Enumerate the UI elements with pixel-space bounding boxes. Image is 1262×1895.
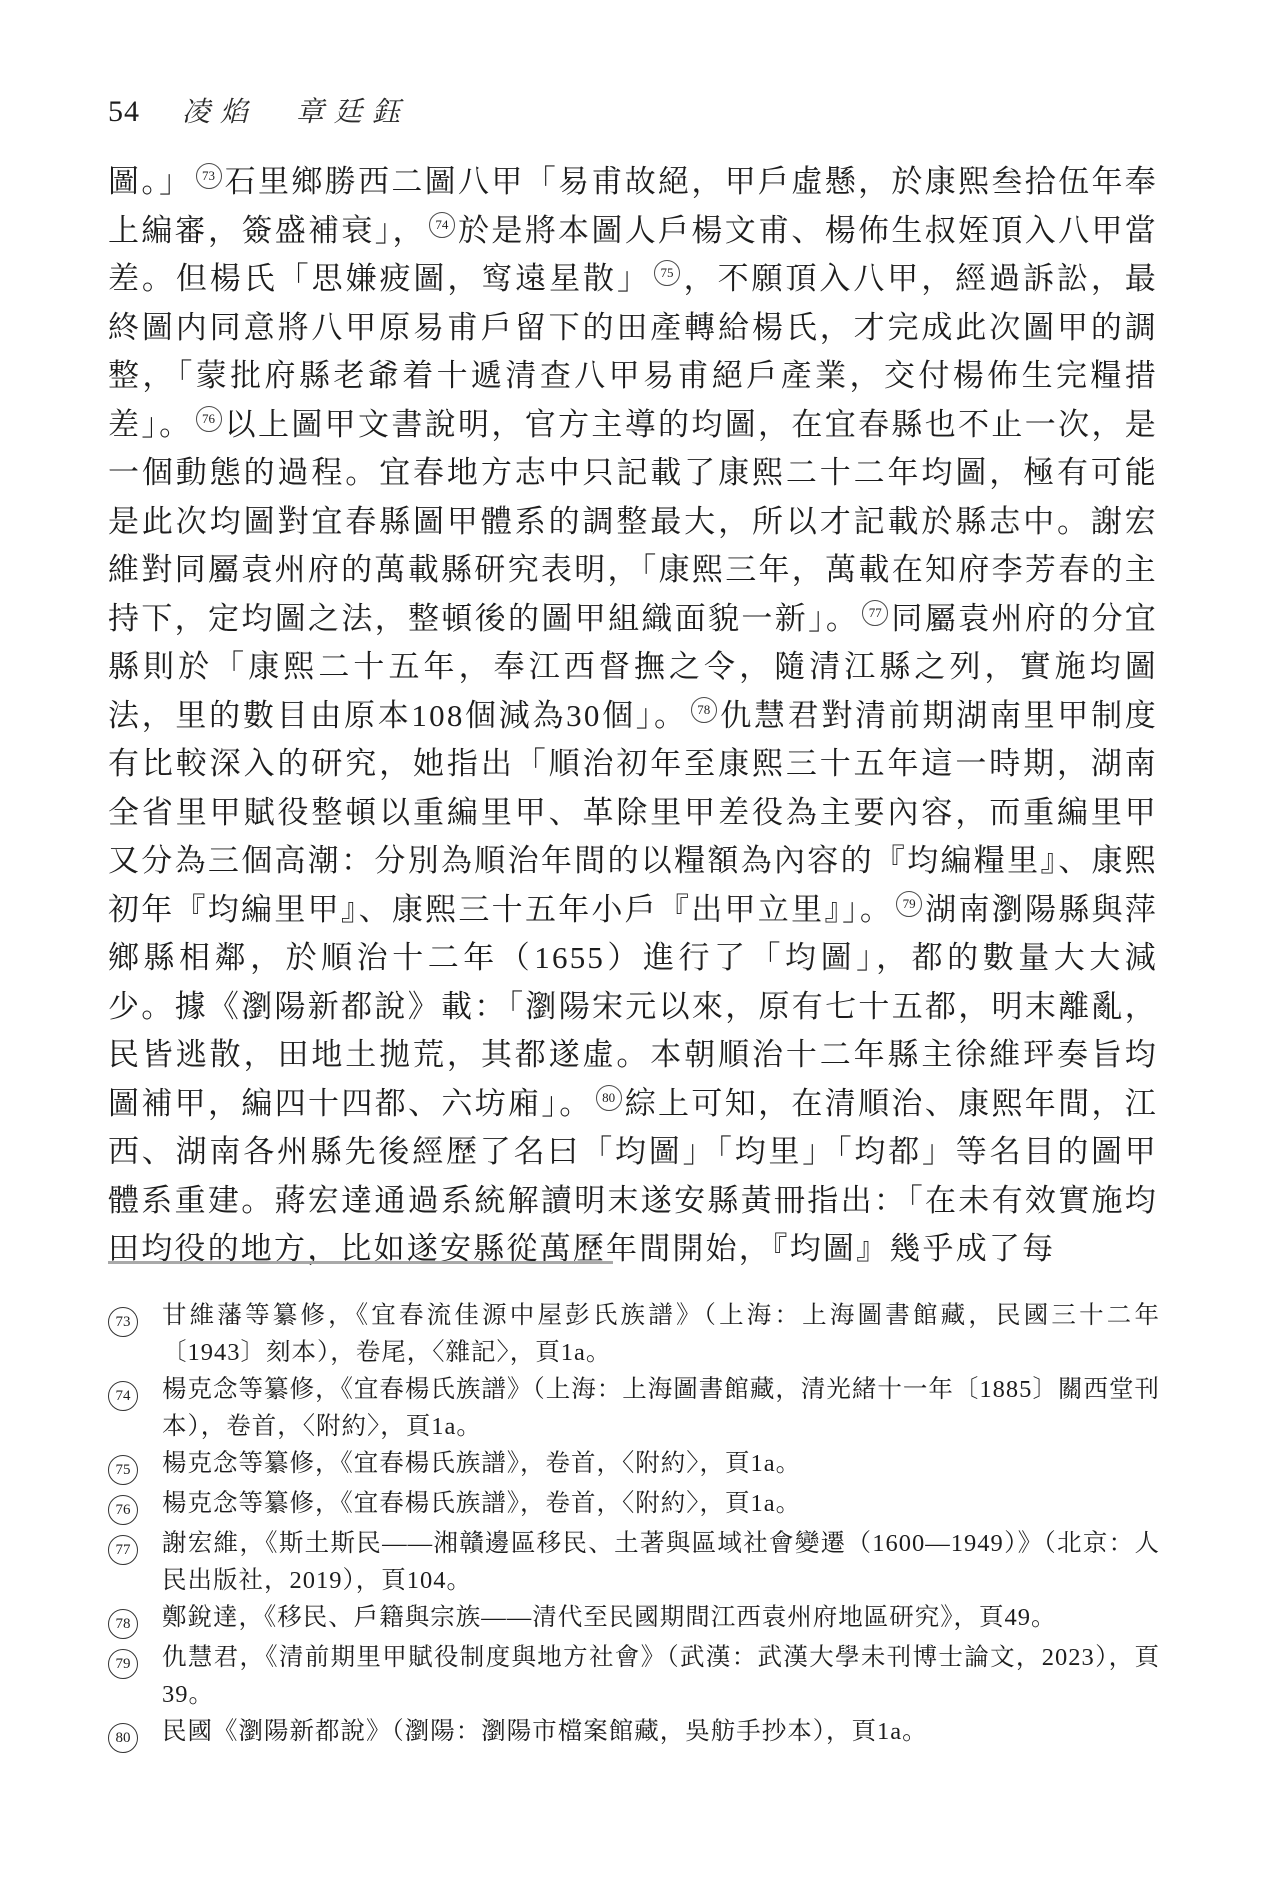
footnote-ref-marker: 76 [196, 406, 222, 432]
document-page: 54 凌焰 章廷鈺 圖。」73石里鄉勝西二圖八甲「易甫故絕，甲戶虛懸，於康熙叁拾… [0, 0, 1262, 1895]
main-body-text: 圖。」73石里鄉勝西二圖八甲「易甫故絕，甲戶虛懸，於康熙叁拾伍年奉上編審，簽盛補… [108, 158, 1158, 1274]
footnote-number-cell: 79 [108, 1639, 146, 1713]
footnote-ref-marker: 73 [196, 163, 222, 189]
footnote-number: 74 [108, 1381, 138, 1411]
footnote-ref-marker: 80 [596, 1085, 622, 1111]
footnote-number-cell: 73 [108, 1297, 146, 1371]
footnote-number: 76 [108, 1495, 138, 1525]
footnote-number: 77 [108, 1535, 138, 1565]
footnote-text: 楊克念等纂修，《宜春楊氏族譜》（上海：上海圖書館藏，清光緒十一年〔1885〕關西… [162, 1371, 1160, 1445]
author-names: 凌焰 章廷鈺 [182, 90, 410, 130]
footnote-item: 77謝宏維，《斯土斯民——湘贛邊區移民、土著與區域社會變遷（1600—1949）… [108, 1525, 1160, 1599]
footnote-text: 謝宏維，《斯土斯民——湘贛邊區移民、土著與區域社會變遷（1600—1949）》（… [162, 1525, 1160, 1599]
footnote-number-cell: 78 [108, 1599, 146, 1639]
footnote-ref-marker: 74 [429, 212, 455, 238]
footnote-number: 80 [108, 1723, 138, 1753]
footnote-number-cell: 75 [108, 1445, 146, 1485]
footnote-number: 78 [108, 1609, 138, 1639]
footnote-number: 73 [108, 1307, 138, 1337]
footnote-text: 甘維藩等纂修，《宜春流佳源中屋彭氏族譜》（上海：上海圖書館藏，民國三十二年〔19… [162, 1297, 1160, 1371]
footnote-number-cell: 80 [108, 1713, 146, 1753]
page-number: 54 [108, 95, 140, 129]
footnote-ref-marker: 77 [862, 600, 888, 626]
footnote-list: 73甘維藩等纂修，《宜春流佳源中屋彭氏族譜》（上海：上海圖書館藏，民國三十二年〔… [108, 1297, 1160, 1753]
footnote-ref-marker: 79 [896, 891, 922, 917]
footnote-number: 79 [108, 1649, 138, 1679]
footnote-item: 80民國《瀏陽新都說》（瀏陽：瀏陽市檔案館藏，吳舫手抄本），頁1a。 [108, 1713, 1160, 1753]
footnote-ref-marker: 78 [691, 697, 717, 723]
footnote-item: 78鄭銳達，《移民、戶籍與宗族——清代至民國期間江西袁州府地區研究》，頁49。 [108, 1599, 1160, 1639]
footnote-number: 75 [108, 1455, 138, 1485]
footnote-text: 楊克念等纂修，《宜春楊氏族譜》，卷首，〈附約〉，頁1a。 [162, 1445, 1160, 1485]
footnote-ref-marker: 75 [654, 260, 680, 286]
footnote-text: 仇慧君，《清前期里甲賦役制度與地方社會》（武漢：武漢大學未刊博士論文，2023）… [162, 1639, 1160, 1713]
body-text-run: 圖。」 [108, 164, 193, 199]
footnote-item: 76楊克念等纂修，《宜春楊氏族譜》，卷首，〈附約〉，頁1a。 [108, 1485, 1160, 1525]
footnote-item: 73甘維藩等纂修，《宜春流佳源中屋彭氏族譜》（上海：上海圖書館藏，民國三十二年〔… [108, 1297, 1160, 1371]
footnote-item: 79仇慧君，《清前期里甲賦役制度與地方社會》（武漢：武漢大學未刊博士論文，202… [108, 1639, 1160, 1713]
footnote-item: 75楊克念等纂修，《宜春楊氏族譜》，卷首，〈附約〉，頁1a。 [108, 1445, 1160, 1485]
footnote-separator-rule [108, 1261, 613, 1264]
footnote-number-cell: 74 [108, 1371, 146, 1445]
page-header: 54 凌焰 章廷鈺 [108, 90, 410, 130]
footnote-text: 民國《瀏陽新都說》（瀏陽：瀏陽市檔案館藏，吳舫手抄本），頁1a。 [162, 1713, 1160, 1753]
footnote-text: 楊克念等纂修，《宜春楊氏族譜》，卷首，〈附約〉，頁1a。 [162, 1485, 1160, 1525]
footnote-number-cell: 77 [108, 1525, 146, 1599]
footnote-item: 74楊克念等纂修，《宜春楊氏族譜》（上海：上海圖書館藏，清光緒十一年〔1885〕… [108, 1371, 1160, 1445]
footnote-text: 鄭銳達，《移民、戶籍與宗族——清代至民國期間江西袁州府地區研究》，頁49。 [162, 1599, 1160, 1639]
footnote-number-cell: 76 [108, 1485, 146, 1525]
